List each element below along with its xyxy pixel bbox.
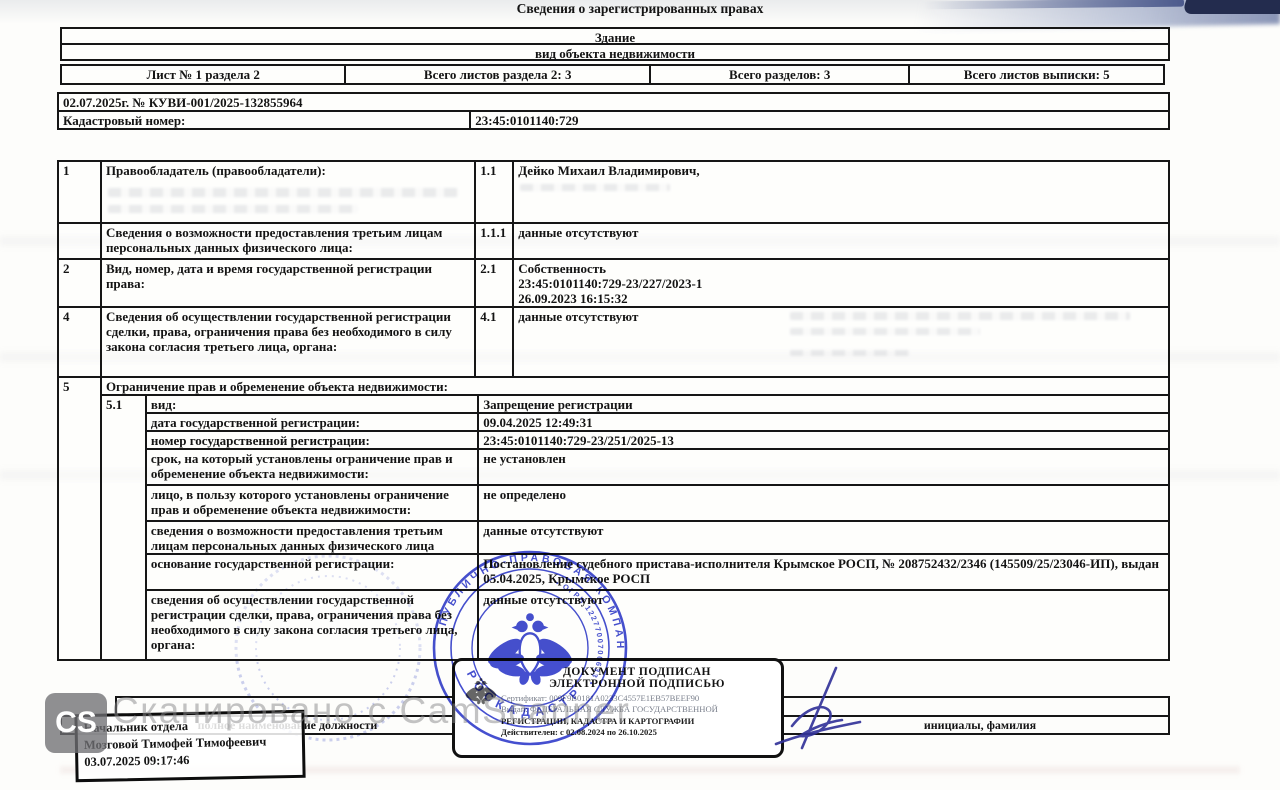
row-value: не установлен — [479, 450, 1170, 486]
row-value: не определено — [479, 486, 1170, 522]
row-num — [59, 414, 102, 432]
row-sub: 2.1 — [476, 260, 514, 308]
sheet-cell: Всего листов выписки: 5 — [910, 66, 1165, 85]
row-label: вид: — [147, 396, 479, 414]
row-sub: 5.1 — [102, 396, 147, 414]
cadastral-label: Кадастровый номер: — [59, 112, 471, 130]
row-sub — [102, 432, 147, 450]
row-value: 23:45:0101140:729-23/251/2025-13 — [479, 432, 1170, 450]
table-row: 4 Сведения об осуществлении государствен… — [59, 308, 1170, 378]
row-sub — [102, 591, 147, 661]
table-row: дата государственной регистрации: 09.04.… — [59, 414, 1170, 432]
row-label: лицо, в пользу которого установлены огра… — [147, 486, 479, 522]
row-sub: 4.1 — [476, 308, 514, 378]
object-type-value: Здание — [62, 29, 1170, 45]
page-title: Сведения о зарегистрированных правах — [0, 1, 1280, 17]
row-label: Вид, номер, дата и время государственной… — [102, 260, 476, 308]
row-label: Правообладатель (правообладатели): — [102, 162, 476, 224]
row-value: данные отсутствуют — [514, 224, 1170, 260]
row-num — [59, 224, 102, 260]
table-row: 1 Правообладатель (правообладатели): 1.1… — [59, 162, 1170, 224]
row-num — [59, 396, 102, 414]
object-type-box: Здание вид объекта недвижимости — [60, 27, 1170, 61]
row-num: 1 — [59, 162, 102, 224]
doc-number: 02.07.2025г. № КУВИ-001/2025-132855964 — [59, 94, 1170, 112]
row-sub — [102, 450, 147, 486]
row-value: Запрещение регистрации — [479, 396, 1170, 414]
row-sub — [102, 555, 147, 591]
table-row: лицо, в пользу которого установлены огра… — [59, 486, 1170, 522]
row-num — [59, 450, 102, 486]
doc-meta-box: 02.07.2025г. № КУВИ-001/2025-132855964 К… — [57, 92, 1170, 130]
row-sub: 1.1 — [476, 162, 514, 224]
row-sub — [102, 486, 147, 522]
table-row: Сведения о возможности предоставления тр… — [59, 224, 1170, 260]
table-row: 5 Ограничение прав и обременение объекта… — [59, 378, 1170, 396]
section5-title: Ограничение прав и обременение объекта н… — [102, 378, 1170, 396]
row-sub — [102, 414, 147, 432]
sheet-cell: Всего разделов: 3 — [651, 66, 911, 85]
sheet-cell: Лист № 1 раздела 2 — [62, 66, 346, 85]
camscanner-watermark: Сканировано с CamScanner — [112, 690, 630, 732]
row-sub: 1.1.1 — [476, 224, 514, 260]
row-num — [59, 432, 102, 450]
sheet-info-row: Лист № 1 раздела 2 Всего листов раздела … — [60, 64, 1165, 85]
row-value: данные отсутствуют — [514, 308, 1170, 378]
row-num: 5 — [59, 378, 102, 396]
row-label: Сведения об осуществлении государственно… — [102, 308, 476, 378]
row-label: срок, на который установлены ограничение… — [147, 450, 479, 486]
row-label: номер государственной регистрации: — [147, 432, 479, 450]
double-eagle-icon — [484, 613, 576, 686]
table-row: срок, на который установлены ограничение… — [59, 450, 1170, 486]
table-row: номер государственной регистрации: 23:45… — [59, 432, 1170, 450]
row-label: Сведения о возможности предоставления тр… — [102, 224, 476, 260]
row-value: 09.04.2025 12:49:31 — [479, 414, 1170, 432]
pen-signature — [772, 664, 867, 759]
row-num: 2 — [59, 260, 102, 308]
row-num — [59, 486, 102, 522]
row-num — [59, 591, 102, 661]
table-row: 2 Вид, номер, дата и время государственн… — [59, 260, 1170, 308]
row-value: Дейко Михаил Владимирович, — [514, 162, 1170, 224]
sheet-cell: Всего листов раздела 2: 3 — [346, 66, 650, 85]
object-type-label: вид объекта недвижимости — [62, 45, 1170, 61]
row-num: 4 — [59, 308, 102, 378]
row-value: Собственность 23:45:0101140:729-23/227/2… — [514, 260, 1170, 308]
row-num — [59, 555, 102, 591]
table-row: 5.1 вид: Запрещение регистрации — [59, 396, 1170, 414]
row-sub — [102, 522, 147, 555]
row-label: дата государственной регистрации: — [147, 414, 479, 432]
row-num — [59, 522, 102, 555]
cadastral-value: 23:45:0101140:729 — [471, 112, 1170, 130]
stamp-datetime: 03.07.2025 09:17:46 — [84, 750, 296, 771]
camscanner-logo: CS — [45, 693, 107, 753]
